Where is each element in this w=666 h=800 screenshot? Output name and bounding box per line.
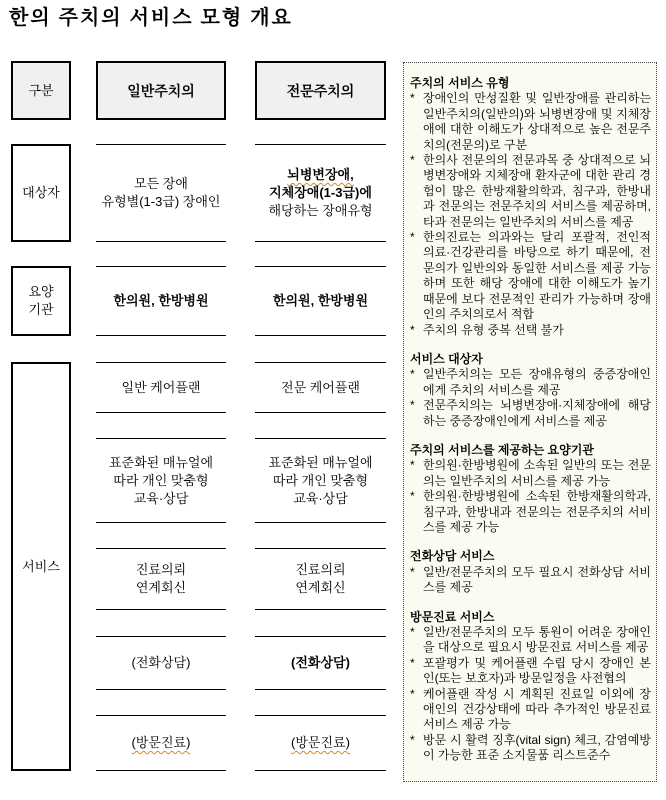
- bullet-text: 장애인의 만성질환 및 일반장애를 관리하는 일반주치의(일반의)와 뇌병변장애…: [423, 91, 651, 153]
- visit-specialist-text: (방문진료): [291, 734, 350, 752]
- cell-service-education-specialist: 표준화된 매뉴얼에 따라 개인 맞춤형 교육·상담: [255, 438, 386, 523]
- bullet-star: *: [408, 565, 423, 580]
- bullet-star: *: [408, 153, 423, 168]
- cell-service-referral-specialist: 진료의뢰 연계회신: [255, 548, 386, 610]
- column-header-specialist: 전문주치의: [255, 61, 386, 120]
- cell-service-visit-general: (방문진료): [96, 715, 226, 771]
- target-specialist-line2: 지체장애(1-3급)에: [269, 184, 372, 202]
- bullet-item: * 한의원·한방병원에 소속된 일반의 또는 전문의는 일반주치의 서비스를 제…: [408, 458, 651, 489]
- cell-service-careplan-general: 일반 케어플랜: [96, 362, 226, 413]
- section-care-institutions: 주치의 서비스를 제공하는 요양기관 * 한의원·한방병원에 소속된 일반의 또…: [408, 443, 651, 535]
- bullet-item: * 일반주치의는 모든 장애유형의 중증장애인에게 주치의 서비스를 제공: [408, 367, 651, 398]
- bullet-text: 한의원·한방병원에 소속된 일반의 또는 전문의는 일반주치의 서비스를 제공 …: [423, 458, 651, 489]
- bullet-star: *: [408, 733, 423, 748]
- bullet-item: * 한의원·한방병원에 소속된 한방재활의학과, 침구과, 한방내과 전문의는 …: [408, 489, 651, 535]
- section-visit-care: 방문진료 서비스 * 일반/전문주치의 모두 통원이 어려운 장애인을 대상으로…: [408, 610, 651, 764]
- bullet-text: 한의진료는 의과와는 달리 포괄적, 전인적 의료·건강관리를 바탕으로 하기 …: [423, 230, 651, 322]
- bullet-text: 일반/전문주치의 모두 통원이 어려운 장애인을 대상으로 필요시 방문진료 서…: [423, 625, 651, 656]
- bullet-text: 포괄평가 및 케어플랜 수립 당시 장애인 본인(또는 보호자)과 방문일정을 …: [423, 656, 651, 687]
- bullet-text: 방문 시 활력 징후(vital sign) 체크, 감염예방이 가능한 표준 …: [423, 733, 651, 764]
- bullet-text: 한의원·한방병원에 소속된 한방재활의학과, 침구과, 한방내과 전문의는 전문…: [423, 489, 651, 535]
- bullet-item: * 방문 시 활력 징후(vital sign) 체크, 감염예방이 가능한 표…: [408, 733, 651, 764]
- cell-target-general: 모든 장애 유형별(1-3급) 장애인: [96, 144, 226, 242]
- cell-target-specialist: 뇌병변장애, 지체장애(1-3급)에 해당하는 장애유형: [255, 144, 386, 242]
- visit-general-text: (방문진료): [132, 734, 191, 752]
- corner-header-gubun: 구분: [11, 61, 71, 120]
- cell-service-phone-specialist: (전화상담): [255, 636, 386, 690]
- bullet-star: *: [408, 323, 423, 338]
- bullet-item: * 전문주치의는 뇌병변장애·지체장애에 해당하는 중증장애인에게 서비스를 제…: [408, 398, 651, 429]
- bullet-star: *: [408, 687, 423, 702]
- section-phone-consult: 전화상담 서비스 * 일반/전문주치의 모두 필요시 전화상담 서비스를 제공: [408, 549, 651, 595]
- cell-service-careplan-specialist: 전문 케어플랜: [255, 362, 386, 413]
- bullet-star: *: [408, 625, 423, 640]
- target-specialist-line1: 뇌병변장애,: [287, 166, 353, 184]
- section-heading: 전화상담 서비스: [410, 549, 651, 564]
- row-label-service: 서비스: [11, 362, 71, 771]
- page-title: 한의 주치의 서비스 모형 개요: [9, 5, 293, 31]
- bullet-item: * 주치의 유형 중복 선택 불가: [408, 323, 651, 338]
- bullet-text: 일반/전문주치의 모두 필요시 전화상담 서비스를 제공: [423, 565, 651, 596]
- cell-service-phone-general: (전화상담): [96, 636, 226, 690]
- bullet-star: *: [408, 367, 423, 382]
- section-service-targets: 서비스 대상자 * 일반주치의는 모든 장애유형의 중증장애인에게 주치의 서비…: [408, 352, 651, 429]
- bullet-item: * 한의진료는 의과와는 달리 포괄적, 전인적 의료·건강관리를 바탕으로 하…: [408, 230, 651, 322]
- cell-service-referral-general: 진료의뢰 연계회신: [96, 548, 226, 610]
- cell-institution-general: 한의원, 한방병원: [96, 266, 226, 336]
- bullet-item: * 포괄평가 및 케어플랜 수립 당시 장애인 본인(또는 보호자)과 방문일정…: [408, 656, 651, 687]
- bullet-star: *: [408, 91, 423, 106]
- bullet-item: * 일반/전문주치의 모두 필요시 전화상담 서비스를 제공: [408, 565, 651, 596]
- cell-institution-specialist: 한의원, 한방병원: [255, 266, 386, 336]
- detail-panel: 주치의 서비스 유형 * 장애인의 만성질환 및 일반장애를 관리하는 일반주치…: [403, 62, 657, 782]
- cell-service-education-general: 표준화된 매뉴얼에 따라 개인 맞춤형 교육·상담: [96, 438, 226, 523]
- bullet-star: *: [408, 230, 423, 245]
- bullet-star: *: [408, 489, 423, 504]
- column-header-general: 일반주치의: [96, 61, 226, 120]
- bullet-text: 케어플랜 작성 시 계획된 진료일 이외에 장애인의 건강상태에 따라 추가적인…: [423, 687, 651, 733]
- bullet-star: *: [408, 398, 423, 413]
- section-heading: 서비스 대상자: [410, 352, 651, 367]
- section-service-types: 주치의 서비스 유형 * 장애인의 만성질환 및 일반장애를 관리하는 일반주치…: [408, 76, 651, 338]
- cell-service-visit-specialist: (방문진료): [255, 715, 386, 771]
- bullet-item: * 일반/전문주치의 모두 통원이 어려운 장애인을 대상으로 필요시 방문진료…: [408, 625, 651, 656]
- bullet-text: 한의사 전문의의 전문과목 중 상대적으로 뇌병변장애와 지체장애 환자군에 대…: [423, 153, 651, 230]
- bullet-text: 주치의 유형 중복 선택 불가: [423, 323, 651, 338]
- row-label-institution: 요양 기관: [11, 266, 71, 336]
- bullet-star: *: [408, 656, 423, 671]
- section-heading: 방문진료 서비스: [410, 610, 651, 625]
- bullet-item: * 케어플랜 작성 시 계획된 진료일 이외에 장애인의 건강상태에 따라 추가…: [408, 687, 651, 733]
- bullet-item: * 장애인의 만성질환 및 일반장애를 관리하는 일반주치의(일반의)와 뇌병변…: [408, 91, 651, 153]
- bullet-item: * 한의사 전문의의 전문과목 중 상대적으로 뇌병변장애와 지체장애 환자군에…: [408, 153, 651, 230]
- bullet-text: 일반주치의는 모든 장애유형의 중증장애인에게 주치의 서비스를 제공: [423, 367, 651, 398]
- target-specialist-line3: 해당하는 장애유형: [268, 202, 372, 220]
- section-heading: 주치의 서비스 유형: [410, 76, 651, 91]
- bullet-text: 전문주치의는 뇌병변장애·지체장애에 해당하는 중증장애인에게 서비스를 제공: [423, 398, 651, 429]
- row-label-target: 대상자: [11, 144, 71, 242]
- section-heading: 주치의 서비스를 제공하는 요양기관: [410, 443, 651, 458]
- bullet-star: *: [408, 458, 423, 473]
- figure-service-model-overview: 한의 주치의 서비스 모형 개요 구분 일반주치의 전문주치의 대상자 요양 기…: [0, 0, 666, 800]
